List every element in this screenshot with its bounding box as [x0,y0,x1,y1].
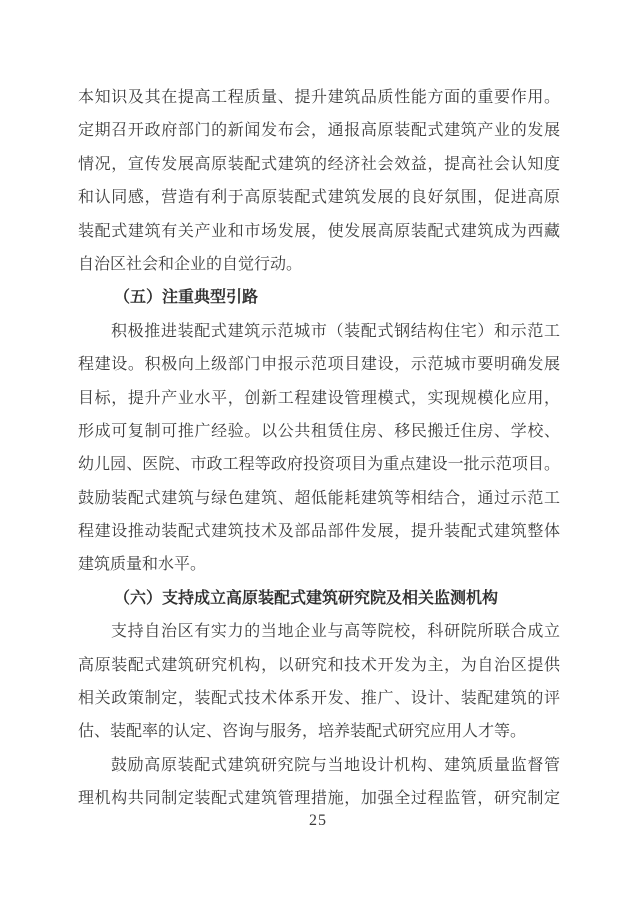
body-line: 积极推进装配式建筑示范城市（装配式钢结构住宅）和示范工 [78,315,560,348]
body-line: 幼儿园、医院、市政工程等政府投资项目为重点建设一批示范项目。 [78,448,560,481]
body-line: 相关政策制定，装配式技术体系开发、推广、设计、装配建筑的评 [78,682,560,715]
body-line: 鼓励高原装配式建筑研究院与当地设计机构、建筑质量监督管 [78,749,560,782]
section-heading-5: （五）注重典型引路 [78,281,560,314]
body-line: 程建设推动装配式建筑技术及部品部件发展，提升装配式建筑整体 [78,515,560,548]
body-line: 本知识及其在提高工程质量、提升建筑品质性能方面的重要作用。 [78,81,560,114]
body-line: 目标，提升产业水平，创新工程建设管理模式，实现规模化应用， [78,382,560,415]
section-heading-6: （六）支持成立高原装配式建筑研究院及相关监测机构 [78,582,560,615]
body-line: 理机构共同制定装配式建筑管理措施，加强全过程监管，研究制定 [78,782,560,815]
body-line: 支持自治区有实力的当地企业与高等院校，科研院所联合成立 [78,615,560,648]
body-line: 建筑质量和水平。 [78,548,560,581]
body-line: 定期召开政府部门的新闻发布会，通报高原装配式建筑产业的发展 [78,114,560,147]
body-line: 形成可复制可推广经验。以公共租赁住房、移民搬迁住房、学校、 [78,415,560,448]
body-line: 高原装配式建筑研究机构，以研究和技术开发为主，为自治区提供 [78,649,560,682]
page-number: 25 [0,812,636,830]
body-line: 程建设。积极向上级部门申报示范项目建设，示范城市要明确发展 [78,348,560,381]
text-block: 本知识及其在提高工程质量、提升建筑品质性能方面的重要作用。 定期召开政府部门的新… [78,81,560,816]
body-line: 自治区社会和企业的自觉行动。 [78,248,560,281]
body-line: 情况，宣传发展高原装配式建筑的经济社会效益，提高社会认知度 [78,148,560,181]
document-page: 本知识及其在提高工程质量、提升建筑品质性能方面的重要作用。 定期召开政府部门的新… [0,0,636,900]
body-line: 鼓励装配式建筑与绿色建筑、超低能耗建筑等相结合，通过示范工 [78,482,560,515]
body-line: 装配式建筑有关产业和市场发展，使发展高原装配式建筑成为西藏 [78,215,560,248]
body-line: 估、装配率的认定、咨询与服务，培养装配式研究应用人才等。 [78,715,560,748]
body-line: 和认同感，营造有利于高原装配式建筑发展的良好氛围，促进高原 [78,181,560,214]
